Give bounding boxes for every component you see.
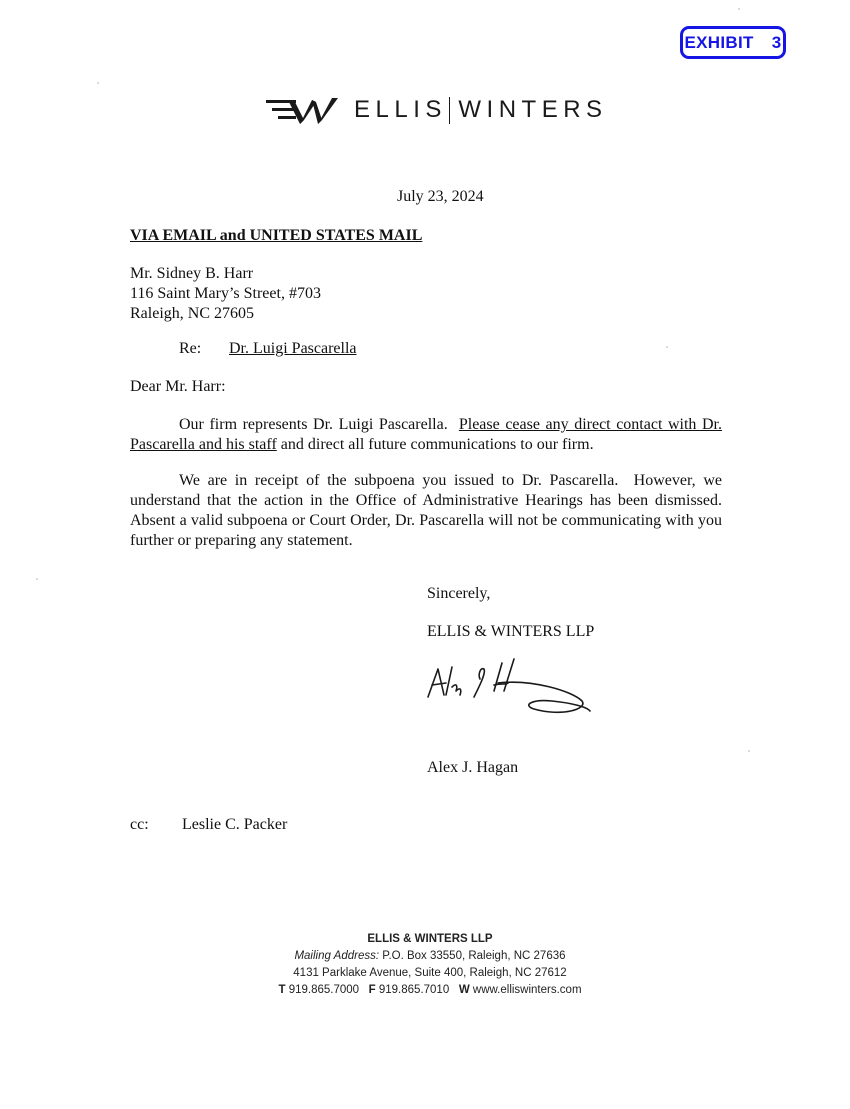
scan-speck	[97, 82, 99, 84]
footer-web: www.elliswinters.com	[473, 984, 582, 996]
re-line: Re:Dr. Luigi Pascarella	[179, 339, 357, 359]
footer-mailing-address: Mailing Address: P.O. Box 33550, Raleigh…	[225, 948, 635, 965]
signature-firm: ELLIS & WINTERS LLP	[427, 622, 594, 642]
ellis-winters-w-logo-icon	[266, 94, 342, 126]
recipient-street: 116 Saint Mary’s Street, #703	[130, 284, 321, 304]
paragraph-subpoena: We are in receipt of the subpoena you is…	[130, 471, 722, 551]
footer-fax-label: F	[369, 984, 376, 996]
recipient-address: Mr. Sidney B. Harr 116 Saint Mary’s Stre…	[130, 264, 321, 324]
letter-date: July 23, 2024	[397, 187, 484, 207]
cc-name: Leslie C. Packer	[182, 816, 287, 833]
paragraph-representation: Our firm represents Dr. Luigi Pascarella…	[130, 415, 722, 455]
firm-wordmark: ELLIS WINTERS	[354, 96, 608, 124]
letterhead-footer: ELLIS & WINTERS LLP Mailing Address: P.O…	[225, 931, 635, 999]
scan-speck	[748, 750, 750, 752]
scan-speck	[738, 8, 740, 10]
re-label: Re:	[179, 339, 229, 359]
footer-firm-name: ELLIS & WINTERS LLP	[225, 931, 635, 948]
handwritten-signature-icon	[422, 655, 592, 725]
paragraph2-text: We are in receipt of the subpoena you is…	[130, 472, 726, 549]
paragraph1-lead: Our firm represents Dr. Luigi Pascarella…	[179, 416, 459, 433]
footer-fax: 919.865.7010	[379, 984, 449, 996]
wordmark-divider	[449, 97, 451, 124]
footer-web-label: W	[459, 984, 470, 996]
footer-contact-line: T 919.865.7000 F 919.865.7010 W www.elli…	[225, 982, 635, 999]
cc-label: cc:	[130, 815, 182, 835]
delivery-method: VIA EMAIL and UNITED STATES MAIL	[130, 226, 422, 246]
salutation: Dear Mr. Harr:	[130, 377, 226, 397]
recipient-name: Mr. Sidney B. Harr	[130, 264, 321, 284]
footer-phone-label: T	[278, 984, 285, 996]
firm-wordmark-ellis: ELLIS	[354, 96, 447, 124]
scan-speck	[36, 578, 38, 580]
signer-name: Alex J. Hagan	[427, 758, 518, 778]
exhibit-stamp: EXHIBIT 3	[680, 26, 786, 59]
closing: Sincerely,	[427, 584, 490, 604]
footer-street-address: 4131 Parklake Avenue, Suite 400, Raleigh…	[225, 965, 635, 982]
firm-wordmark-winters: WINTERS	[458, 96, 607, 124]
scan-speck	[666, 346, 668, 348]
recipient-city: Raleigh, NC 27605	[130, 304, 321, 324]
letterhead-logo: ELLIS WINTERS	[266, 92, 608, 128]
cc-line: cc:Leslie C. Packer	[130, 815, 287, 835]
re-subject: Dr. Luigi Pascarella	[229, 340, 357, 357]
paragraph1-tail: and direct all future communications to …	[277, 436, 594, 453]
footer-mailing-label: Mailing Address:	[294, 950, 379, 962]
footer-mailing-value: P.O. Box 33550, Raleigh, NC 27636	[382, 950, 565, 962]
footer-phone: 919.865.7000	[289, 984, 359, 996]
